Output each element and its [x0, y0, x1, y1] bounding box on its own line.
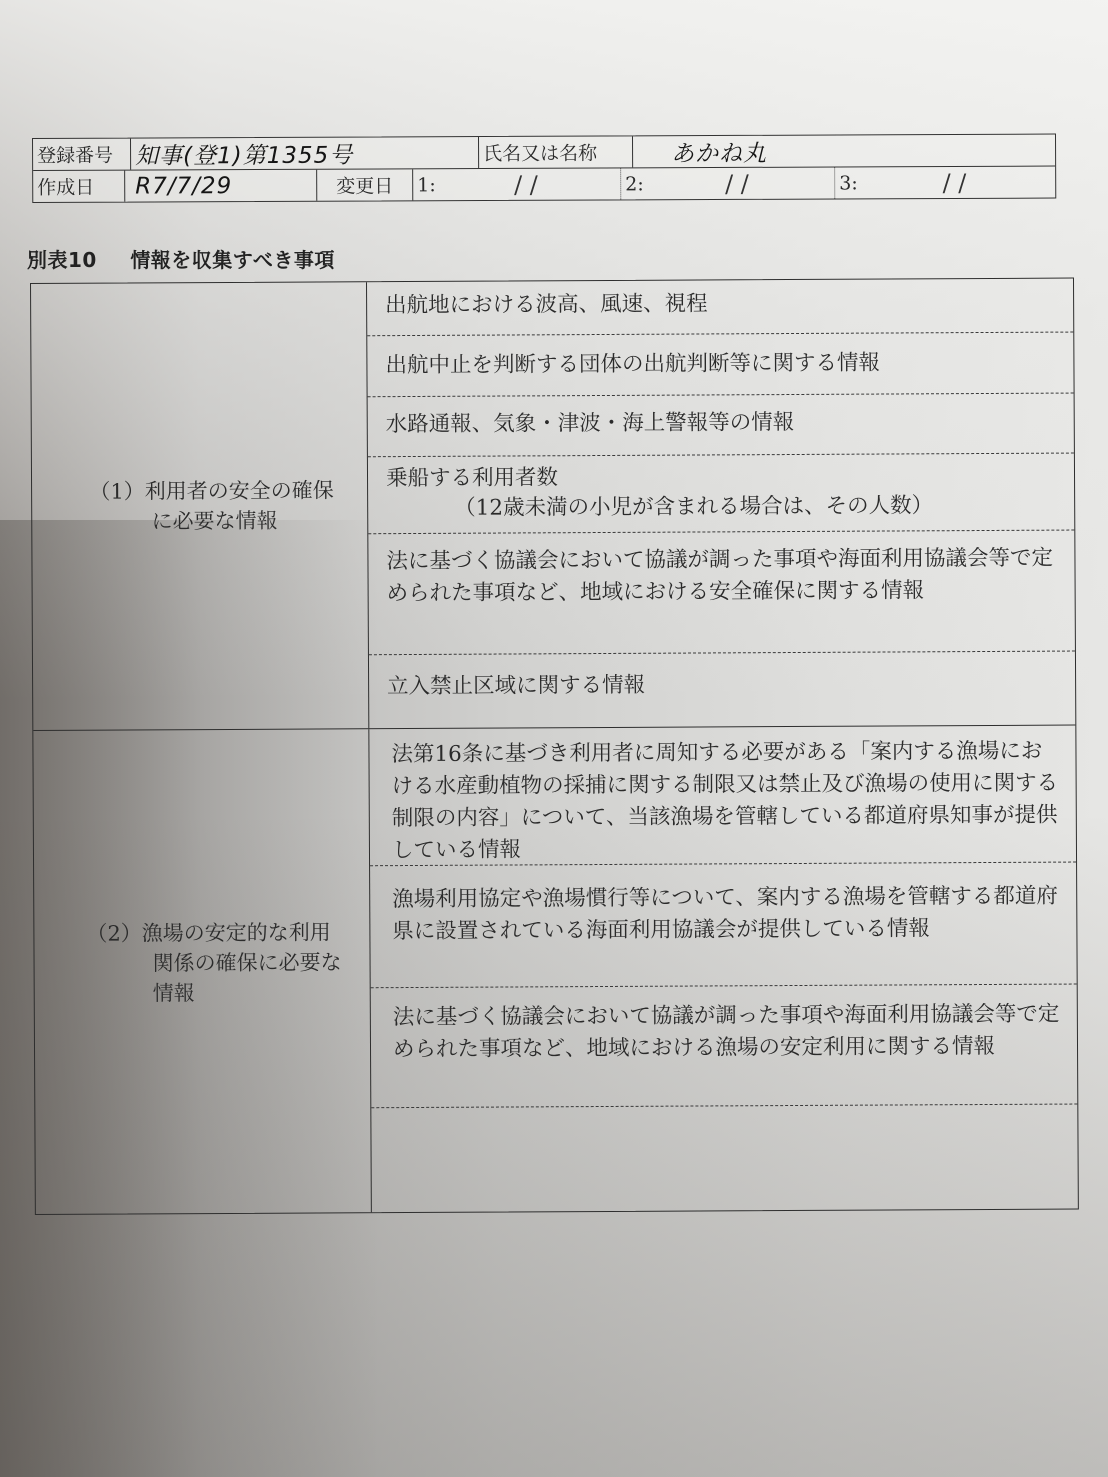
registration-row-2: 作成日 R7/7/29 変更日 1: / / 2: / / 3: / /: [33, 166, 1055, 202]
section-number: 別表10: [27, 248, 97, 272]
group-label-user-safety: （1）利用者の安全の確保 に必要な情報: [31, 282, 369, 730]
section-heading: 情報を収集すべき事項: [130, 248, 335, 272]
item-empty-row: [371, 1104, 1078, 1213]
created-value: R7/7/29: [125, 170, 317, 202]
item-text: 出航地における波高、風速、視程: [385, 291, 708, 318]
name-value: あかね丸: [633, 135, 1055, 168]
group-2-label-line-3: 情報: [87, 977, 342, 1008]
change-slot-1: 1: / /: [413, 168, 621, 200]
group-1-label-line-1: （1）利用者の安全の確保: [89, 475, 334, 506]
item-wave-wind-visibility: 出航地における波高、風速、視程: [367, 279, 1073, 336]
group-label-fishing-ground: （2）漁場の安定的な利用 関係の確保に必要な 情報: [33, 729, 372, 1214]
change-slot-3-value: / /: [858, 168, 1052, 197]
change-slot-1-value: / /: [436, 170, 617, 199]
group-1-label-line-2: に必要な情報: [89, 505, 334, 536]
group-fishing-ground: （2）漁場の安定的な利用 関係の確保に必要な 情報 法第16条に基づき利用者に周…: [33, 725, 1078, 1214]
reg-no-value: 知事(登1)第1355号: [131, 137, 479, 170]
item-text: 法第16条に基づき利用者に周知する必要がある「案内する漁場における水産動植物の採…: [391, 739, 1058, 863]
group-1-items: 出航地における波高、風速、視程 出航中止を判断する団体の出航判断等に関する情報 …: [367, 279, 1075, 729]
name-label: 氏名又は名称: [479, 136, 633, 168]
item-regional-fishing-stability: 法に基づく協議会において協議が調った事項や海面利用協議会等で定められた事項など、…: [371, 984, 1078, 1108]
item-text: 出航中止を判断する団体の出航判断等に関する情報: [385, 351, 880, 379]
item-restricted-areas: 立入禁止区域に関する情報: [369, 651, 1075, 729]
info-items-table: （1）利用者の安全の確保 に必要な情報 出航地における波高、風速、視程 出航中止…: [30, 278, 1079, 1215]
item-text: 法に基づく協議会において協議が調った事項や海面利用協議会等で定められた事項など、…: [393, 1002, 1060, 1062]
change-slot-3: 3: / /: [835, 167, 1055, 199]
reg-no-label: 登録番号: [33, 139, 131, 170]
item-passenger-count: 乗船する利用者数 （12歳未満の小児が含まれる場合は、その人数）: [368, 453, 1074, 534]
changed-label: 変更日: [317, 169, 413, 200]
change-slot-2-value: / /: [644, 169, 831, 198]
item-regional-safety: 法に基づく協議会において協議が調った事項や海面利用協議会等で定められた事項など、…: [368, 530, 1075, 655]
group-2-label-line-2: 関係の確保に必要な: [86, 947, 341, 978]
item-text: 法に基づく協議会において協議が調った事項や海面利用協議会等で定められた事項など、…: [386, 546, 1053, 606]
group-2-items: 法第16条に基づき利用者に周知する必要がある「案内する漁場における水産動植物の採…: [369, 726, 1078, 1213]
item-departure-judgement: 出航中止を判断する団体の出航判断等に関する情報: [367, 332, 1073, 397]
item-warnings: 水路通報、気象・津波・海上警報等の情報: [368, 393, 1074, 457]
item-sea-use-council: 漁場利用協定や漁場慣行等について、案内する漁場を管轄する都道府県に設置されている…: [370, 862, 1077, 988]
item-text: 漁場利用協定や漁場慣行等について、案内する漁場を管轄する都道府県に設置されている…: [392, 884, 1058, 944]
change-slot-3-label: 3:: [839, 172, 858, 194]
registration-row-1: 登録番号 知事(登1)第1355号 氏名又は名称 あかね丸: [33, 135, 1055, 170]
change-slot-2-label: 2:: [625, 173, 644, 195]
change-slot-2: 2: / /: [621, 167, 835, 199]
section-title: 別表10 情報を収集すべき事項: [27, 244, 335, 273]
item-text: 水路通報、気象・津波・海上警報等の情報: [386, 410, 795, 437]
change-slot-1-label: 1:: [417, 174, 436, 196]
item-art16-governor-info: 法第16条に基づき利用者に周知する必要がある「案内する漁場における水産動植物の採…: [369, 726, 1076, 866]
item-text: 乗船する利用者数: [386, 465, 558, 491]
item-subtext: （12歳未満の小児が含まれる場合は、その人数）: [386, 492, 1060, 524]
group-user-safety: （1）利用者の安全の確保 に必要な情報 出航地における波高、風速、視程 出航中止…: [31, 279, 1075, 730]
created-label: 作成日: [33, 171, 125, 202]
group-2-label-line-1: （2）漁場の安定的な利用: [86, 917, 341, 948]
registration-table: 登録番号 知事(登1)第1355号 氏名又は名称 あかね丸 作成日 R7/7/2…: [32, 134, 1056, 203]
item-text: 立入禁止区域に関する情報: [387, 673, 645, 699]
